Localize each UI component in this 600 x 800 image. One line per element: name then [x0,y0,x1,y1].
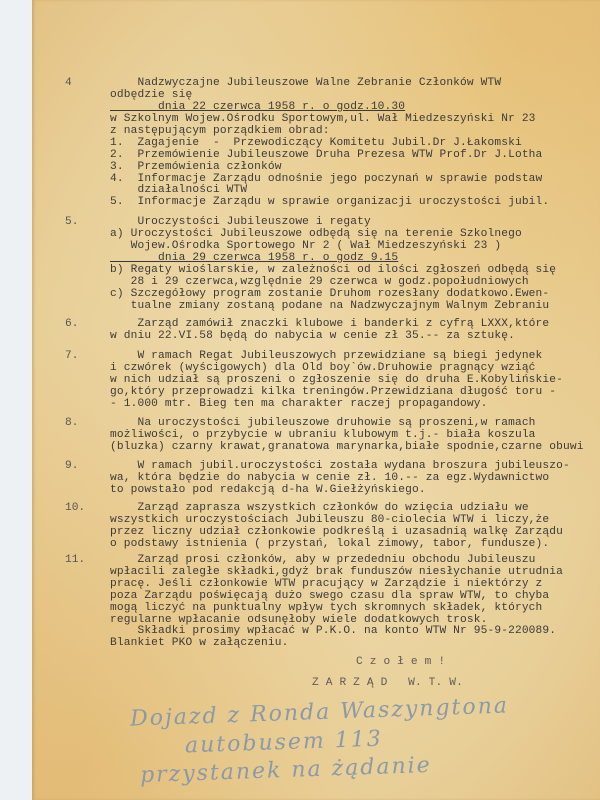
section-line: wszystkich uroczystościach Jubileuszu 80… [110,514,549,526]
section-number: 6. [65,318,78,330]
section-line: - 1.000 mtr. Bieg ten ma charakter racze… [110,398,488,410]
section-line: Zarząd zaprasza wszystkich członków do w… [110,502,529,514]
section-number: 5. [65,216,78,228]
section-line: b) Regaty wioślarskie, w zależności od i… [110,264,556,276]
ceremony-date: dnia 29 czerwca 1958 r. o godz 9.15 [110,252,398,264]
section-number: 8. [65,417,78,429]
section-line: o podstawy istnienia ( przystań, lokal z… [110,538,549,550]
typewritten-letter: 4 Nadzwyczajne Jubileuszowe Walne Zebran… [0,0,600,800]
section-line: W ramach jubil.uroczystości została wyda… [110,460,570,472]
section-line: wa, która będzie do nabycia w cenie zł. … [110,472,549,484]
section-line: mogą liczyć na punktualny wpływ tych skr… [110,602,542,614]
section-line: Na uroczystości jubileuszowe druhowie są… [110,417,536,429]
section-number: 7. [65,350,78,362]
handwritten-line: przystanek na żądanie [140,753,432,788]
section-line: z następującym porządkiem obrad: [110,125,330,137]
section-line: Blankiet PKO w załączeniu. [110,637,288,649]
handwritten-line: Dojazd z Ronda Waszyngtona [130,693,510,731]
section-line: Składki prosimy wpłacać w P.K.O. na kont… [110,625,556,637]
section-line: (bluzka) czarny krawat,granatowa marynar… [110,441,584,453]
section-line: W ramach Regat Jubileuszowych przewidzia… [110,350,542,362]
section-number: 9. [65,460,78,472]
section-line: w nich udział są proszeni o zgłoszenie s… [110,374,563,386]
signature: Z A R Z Ą D W. T. W. [312,677,463,689]
section-line: przez liczny udział członkowie podkreślą… [110,526,563,538]
section-line: to powstało pod redakcją d-ha W.Giełżyńs… [110,484,426,496]
section-line: pracę. Jeśli członkowie WTW pracujący w … [110,578,542,590]
meeting-date: dnia 22 czerwca 1958 r. o godz.10.30 [110,101,405,113]
section-line: Nadzwyczajne Jubileuszowe Walne Zebranie… [110,77,501,89]
agenda-item: 1. Zagajenie - Przewodiczący Komitetu Ju… [110,137,522,149]
section-line: w dniu 22.VI.58 będą do nabycia w cenie … [110,330,515,342]
section-number: 10. [65,502,85,514]
section-line: w Szkolnym Wojew.Ośrodku Sportowym,ul. W… [110,113,536,125]
section-line: Wojew.Ośrodka Sportowego Nr 2 ( Wał Mied… [110,240,501,252]
agenda-item: działalności WTW [110,184,247,196]
agenda-item: 2. Przemówienie Jubileuszowe Druha Preze… [110,149,542,161]
section-number: 4 [65,77,72,89]
section-line: c) Szczegółowy program zostanie Druhom r… [110,288,549,300]
closing-greeting: C z o ł e m ! [356,656,445,668]
section-line: wpłacili zaległe składki,gdyż brak fundu… [110,566,563,578]
section-number: 11. [65,554,85,566]
section-line: poza Zarządu poświęcają dużo swego czasu… [110,590,549,602]
section-line: odbędzie się [110,89,192,101]
section-line: go,który przeprowadzi kilka treningów.Pr… [110,386,556,398]
section-line: i czwórek (wyścigowych) dla Old boy`ów.D… [110,362,536,374]
section-line: Zarząd zamówił znaczki klubowe i banderk… [110,318,549,330]
handwritten-line: autobusem 113 [185,727,384,759]
agenda-item: 3. Przemówienia członków [110,161,282,173]
section-line: a) Uroczystości Jubileuszowe odbędą się … [110,228,522,240]
section-line: 28 i 29 czerwca,względnie 29 czerwca w g… [110,276,529,288]
section-line: tualne zmiany zostaną podane na Nadzwycz… [110,300,549,312]
section-line: Uroczystości Jubileuszowe i regaty [110,216,371,228]
agenda-item: 5. Informacje Zarządu w sprawie organiza… [110,196,549,208]
section-line: Zarząd prosi członków, aby w przededniu … [110,554,536,566]
section-line: możliwości, o przybycie w ubraniu klubow… [110,429,536,441]
